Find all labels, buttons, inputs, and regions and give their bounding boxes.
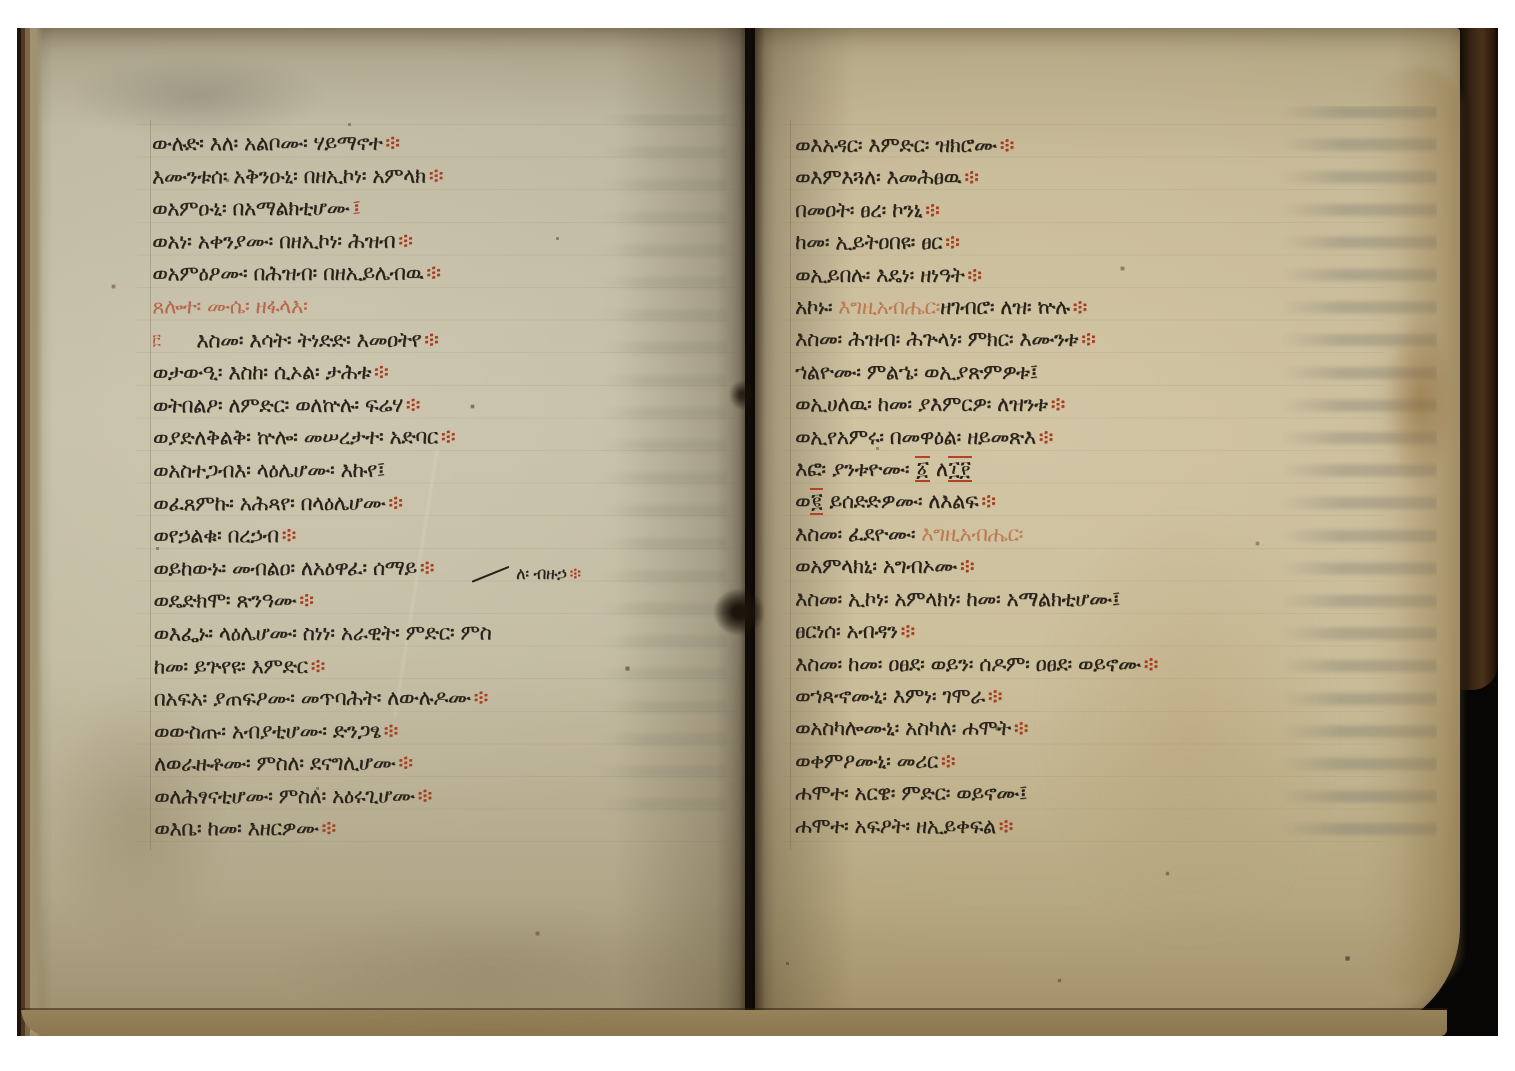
stain [277, 908, 697, 1028]
text-run: ፨ [997, 133, 1014, 157]
text-run: ፨ [1141, 652, 1158, 676]
text-run: ፨ [566, 564, 580, 583]
text-run: ፨ [382, 131, 399, 155]
text-line: ፫እስመ፡ እሳት፡ ትነድድ፡ እመዐትየ፨ [152, 322, 490, 357]
text-run: እሙንቱሰ፡ አቅንዑኒ፡ በዘኢኮነ፡ አምላክ [152, 163, 426, 188]
text-run: ወኢይበሉ፡ እዴነ፡ ዘነዓት [795, 263, 964, 287]
text-line: ወኢሀለዉ፡ ከመ፡ ያእምርዎ፡ ለዝንቱ፨ [795, 388, 1158, 420]
text-run: ፨ [423, 261, 440, 285]
gutter-fold [739, 28, 765, 1036]
text-run: ወትበልዖ፡ ለምድር፡ ወለኵሉ፡ ፍሬሃ [153, 392, 403, 417]
right-page-text: ወእአዳር፡ እምድር፡ ዝክሮሙ፨ወእምእጓለ፡ እመሕፀዉ፨በመዐት፡ ፀረ… [795, 129, 1158, 842]
text-line: ወእአዳር፡ እምድር፡ ዝክሮሙ፨ [795, 129, 1158, 161]
text-run: ወኢሀለዉ፡ ከመ፡ ያእምርዎ፡ ለዝንቱ [795, 392, 1048, 416]
text-run: ፨ [1048, 392, 1065, 416]
text-line: እስመ፡ ፈደዮሙ፡ እግዚአብሔር፡ [795, 518, 1158, 550]
text-run: ወያድለቅልቅ፡ ኵሎ፡ መሠረታተ፡ አድባር [153, 425, 438, 450]
text-run: ፨ [964, 263, 981, 287]
text-run: ፨ [985, 684, 1002, 708]
text-line: እስመ፡ ሕዝብ፡ ሕጕላነ፡ ምክር፡ እሙንቱ፨ [795, 323, 1158, 355]
text-run: ለ [930, 457, 948, 481]
text-line: ፀርነሰ፡ አብዳን፨ [795, 615, 1158, 647]
bleed-through-text-left [597, 114, 727, 814]
text-run: እስመ፡ ከመ፡ ዐፀደ፡ ወይን፡ ሰዶም፡ ዐፀደ፡ ወይኖሙ [795, 652, 1141, 676]
marginal-insertion-note: ለ፡ ብዙኃ፨ [472, 564, 581, 584]
text-line: ሐሞተ፡ አርዌ፡ ምድር፡ ወይኖሙ፤ [795, 777, 1158, 809]
text-run: ወአስተጋብእ፡ ላዕሌሆሙ፡ እኩየ፤ [153, 458, 385, 483]
text-run: ከመ፡ ኢይትዐበዩ፡ ፀር [795, 230, 942, 254]
text-run: ወአስካሎሙኒ፡ አስካለ፡ ሐሞት [795, 716, 1011, 740]
text-run: ፨ [308, 653, 325, 677]
text-line: ወውስጡ፡ አብያቲሆሙ፡ ድንጋፄ፨ [154, 714, 492, 748]
text-line: ወአምላክኒ፡ አግብኦሙ፨ [795, 550, 1158, 582]
text-line: ከመ፡ ይጕየዩ፡ እምድር፨ [154, 649, 492, 683]
text-line: ወ፪ ይሰድድዎሙ፡ ለእልፍ፨ [795, 485, 1158, 517]
text-line: ወቀምዖሙኒ፡ መሪር፨ [795, 745, 1158, 777]
text-run: ፨ [371, 360, 388, 384]
ink-blot [713, 588, 765, 636]
text-line: ኀልዮሙ፡ ምልኄ፡ ወኢያጽምዎቱ፤ [795, 356, 1158, 388]
manuscript-book: ውሉድ፡ እለ፡ አልቦሙ፡ ሃይማኖተ፨እሙንቱሰ፡ አቅንዑኒ፡ በዘኢኮነ… [17, 28, 1498, 1036]
text-line: ወኀጻኆሙኒ፡ እምነ፡ ገሞራ፨ [795, 680, 1158, 712]
margin-rule-right-page [790, 120, 791, 850]
text-run: ወእምእጓለ፡ እመሕፀዉ [795, 165, 961, 189]
text-run: ፨ [385, 490, 402, 514]
text-line: ወአስካሎሙኒ፡ አስካለ፡ ሐሞት፨ [795, 712, 1158, 744]
text-run: ወይከውኑ፡ መብልዐ፡ ለአዕዋፈ፡ ሰማይ [153, 555, 417, 580]
text-run: ወቀምዖሙኒ፡ መሪር [795, 749, 938, 773]
text-run: እግዚአብሔር፡ [921, 522, 1023, 546]
text-run: ፨ [957, 554, 974, 578]
text-run: ወአነ፡ አቀንያሙ፡ በዘኢኮነ፡ ሕዝብ [152, 229, 395, 254]
text-run: ፨ [996, 814, 1013, 838]
text-run: ውሉድ፡ እለ፡ አልቦሙ፡ ሃይማኖተ [152, 131, 383, 156]
text-run: ፨ [1036, 425, 1053, 449]
text-run: እስመ፡ እሳት፡ ትነድድ፡ እመዐትየ [196, 327, 421, 352]
text-line: ወአነ፡ አቀንያሙ፡ በዘኢኮነ፡ ሕዝብ፨ [152, 224, 490, 258]
text-run: ወ [795, 489, 810, 513]
text-run: ፨ [1070, 295, 1087, 319]
text-run: ፨ [426, 163, 443, 187]
text-run: ፨ [403, 392, 420, 416]
text-run: እስመ፡ ሕዝብ፡ ሕጕላነ፡ ምክር፡ እሙንቱ [795, 327, 1078, 351]
text-run: ለ፡ ብዙኃ [516, 564, 566, 583]
text-line: አኮኑ፡ እግዚአብሔር፡ዘገብሮ፡ ለዝ፡ ኵሉ፨ [795, 291, 1158, 323]
text-line: እፎ፡ ያንቱዮሙ፡ ፩ ለ፲፻ [795, 453, 1158, 485]
text-run: ፤ [349, 196, 360, 220]
text-run: ወታውዒ፡ እስከ፡ ሲኦል፡ ታሕቱ [153, 360, 371, 385]
text-run: ፨ [296, 588, 313, 612]
text-line: እስመ፡ ከመ፡ ዐፀደ፡ ወይን፡ ሰዶም፡ ዐፀደ፡ ወይኖሙ፨ [795, 648, 1158, 680]
text-run: ሐሞተ፡ አርዌ፡ ምድር፡ ወይኖሙ፤ [795, 781, 1027, 805]
text-line: ጸሎተ፡ ሙሴ፡ ዘፋላእ፡ [152, 289, 490, 323]
text-line: እስመ፡ ኢኮነ፡ አምላክነ፡ ከመ፡ አማልክቲሆሙ፤ [795, 583, 1158, 615]
text-run: ፨ [421, 327, 438, 351]
text-run: ከመ፡ ይጕየዩ፡ እምድር [154, 654, 308, 679]
text-run: ለወራዙቶሙ፡ ምስለ፡ ደናግሊሆሙ [154, 751, 395, 776]
stain [1383, 316, 1457, 486]
text-line: ውሉድ፡ እለ፡ አልቦሙ፡ ሃይማኖተ፨ [152, 126, 490, 160]
text-line: ወአምዑኒ፡ በአማልክቲሆሙ፤ [152, 192, 490, 226]
text-run: ጸሎተ፡ ሙሴ፡ ዘፋላእ፡ [152, 294, 307, 319]
text-run: ፨ [961, 165, 978, 189]
text-run: ፨ [438, 425, 455, 449]
text-line: ወአምዕዖሙ፡ በሕዝብ፡ በዘኢይሌብዉ፨ [152, 257, 490, 291]
text-run: ዘገብሮ፡ ለዝ፡ ኵሉ [940, 295, 1070, 319]
text-run: እፎ፡ ያንቱዮሙ፡ [795, 457, 915, 481]
text-run: አኮኑ፡ [795, 295, 838, 319]
text-run: ፨ [942, 230, 959, 254]
text-line: ወእቤ፡ ከመ፡ እዘርዎሙ፨ [154, 812, 492, 846]
text-line: ወፈጸምኩ፡ አሕጻየ፡ በላዕሌሆሙ፨ [153, 486, 491, 520]
text-line: ሐሞተ፡ አፍዖት፡ ዘኢይቀፍል፨ [795, 810, 1158, 842]
ink-smudge [729, 380, 755, 410]
speckles [17, 28, 18, 29]
text-line: ወይከውኑ፡ መብልዐ፡ ለአዕዋፈ፡ ሰማይ፨ [153, 551, 491, 585]
text-run: ወየኃልቁ፡ በረኃብ [153, 523, 279, 547]
text-line: ወያድለቅልቅ፡ ኵሎ፡ መሠረታተ፡ አድባር፨ [153, 421, 491, 455]
binding-board-edge [1460, 28, 1498, 690]
text-run: ወኢየአምሩ፡ በመዋዕል፡ ዘይመጽእ [795, 425, 1036, 449]
text-line: በመዐት፡ ፀረ፡ ኮንኒ፨ [795, 194, 1158, 226]
text-run: ወእአዳር፡ እምድር፡ ዝክሮሙ [795, 133, 997, 157]
text-run: ወእቤ፡ ከመ፡ እዘርዎሙ [154, 816, 318, 841]
text-run: ፨ [471, 686, 488, 710]
text-line: ወእምእጓለ፡ እመሕፀዉ፨ [795, 161, 1158, 193]
left-page-text: ውሉድ፡ እለ፡ አልቦሙ፡ ሃይማኖተ፨እሙንቱሰ፡ አቅንዑኒ፡ በዘኢኮነ… [152, 126, 492, 845]
text-run: ሐሞተ፡ አፍዖት፡ ዘኢይቀፍል [795, 814, 996, 838]
text-run: ፪ [810, 488, 823, 514]
text-line: በአፍአ፡ ያጠፍዖሙ፡ መጥባሕት፡ ለውሉዶሙ፨ [154, 682, 492, 716]
text-run: ይሰድድዎሙ፡ ለእልፍ [823, 489, 978, 513]
text-line: ወየኃልቁ፡ በረኃብ፨ [153, 519, 491, 553]
text-run: ፲፻ [948, 456, 972, 482]
text-run: ፫ [152, 330, 160, 348]
text-run: ፨ [897, 619, 914, 643]
text-run: ኀልዮሙ፡ ምልኄ፡ ወኢያጽምዎቱ፤ [795, 360, 1038, 384]
page-edge-stack [17, 28, 43, 1036]
text-run: ፨ [1078, 327, 1095, 351]
text-run: ፨ [415, 783, 432, 807]
text-line: ወአስተጋብእ፡ ላዕሌሆሙ፡ እኩየ፤ [153, 453, 491, 487]
text-line: ለወራዙቶሙ፡ ምስለ፡ ደናግሊሆሙ፨ [154, 747, 492, 781]
text-run: ወአምዑኒ፡ በአማልክቲሆሙ [152, 196, 349, 221]
text-line: ወትበልዖ፡ ለምድር፡ ወለኵሉ፡ ፍሬሃ፨ [153, 388, 491, 422]
text-run: ፨ [279, 523, 296, 547]
text-run: እስመ፡ ፈደዮሙ፡ [795, 522, 921, 546]
text-line: ወታውዒ፡ እስከ፡ ሲኦል፡ ታሕቱ፨ [153, 356, 491, 390]
text-run: በአፍአ፡ ያጠፍዖሙ፡ መጥባሕት፡ ለውሉዶሙ [154, 686, 471, 711]
text-run: ፨ [318, 816, 335, 840]
text-run: ወፈጸምኩ፡ አሕጻየ፡ በላዕሌሆሙ [153, 490, 385, 515]
text-run: ፨ [922, 198, 939, 222]
text-run: እግዚአብሔር፡ [838, 295, 940, 319]
text-line: ወኢይበሉ፡ እዴነ፡ ዘነዓት፨ [795, 259, 1158, 291]
bottom-page-edge [21, 1008, 1447, 1036]
text-run: ፨ [1011, 716, 1028, 740]
text-run: ፩ [915, 456, 929, 482]
text-run: እስመ፡ ኢኮነ፡ አምላክነ፡ ከመ፡ አማልክቲሆሙ፤ [795, 587, 1120, 611]
text-run: ወአምዕዖሙ፡ በሕዝብ፡ በዘኢይሌብዉ [152, 261, 423, 286]
text-run: ፨ [395, 751, 412, 775]
text-line: ወእፌኑ፡ ላዕሌሆሙ፡ ስነነ፡ አራዊት፡ ምድር፡ ምስ [153, 616, 491, 650]
text-run: ፨ [395, 228, 412, 252]
photo-background: ውሉድ፡ እለ፡ አልቦሙ፡ ሃይማኖተ፨እሙንቱሰ፡ አቅንዑኒ፡ በዘኢኮነ… [17, 28, 1498, 1036]
text-run: ወዴድክሞ፡ ጽንዓሙ [153, 588, 296, 612]
text-run: በመዐት፡ ፀረ፡ ኮንኒ [795, 198, 922, 222]
stain [72, 54, 322, 138]
insertion-caret-mark [472, 566, 510, 583]
text-line: ወዴድክሞ፡ ጽንዓሙ፨ [153, 584, 491, 618]
text-run: ወእፌኑ፡ ላዕሌሆሙ፡ ስነነ፡ አራዊት፡ ምድር፡ ምስ [153, 620, 491, 645]
text-run: ወኀጻኆሙኒ፡ እምነ፡ ገሞራ [795, 684, 985, 708]
text-run: ፨ [978, 489, 995, 513]
text-run: ፨ [381, 718, 398, 742]
text-run: ፨ [417, 555, 434, 579]
text-line: ወለሕፃናቲሆሙ፡ ምስለ፡ አዕሩጊሆሙ፨ [154, 779, 492, 813]
text-run: ወአምላክኒ፡ አግብኦሙ [795, 554, 957, 578]
text-line: ወኢየአምሩ፡ በመዋዕል፡ ዘይመጽእ፨ [795, 421, 1158, 453]
text-run: ፨ [938, 749, 955, 773]
text-line: እሙንቱሰ፡ አቅንዑኒ፡ በዘኢኮነ፡ አምላክ፨ [152, 159, 490, 193]
text-line: ከመ፡ ኢይትዐበዩ፡ ፀር፨ [795, 226, 1158, 258]
text-run: ፀርነሰ፡ አብዳን [795, 619, 897, 643]
text-run: ወለሕፃናቲሆሙ፡ ምስለ፡ አዕሩጊሆሙ [154, 784, 415, 809]
stain [1369, 68, 1461, 988]
text-run: ወውስጡ፡ አብያቲሆሙ፡ ድንጋፄ [154, 718, 381, 743]
